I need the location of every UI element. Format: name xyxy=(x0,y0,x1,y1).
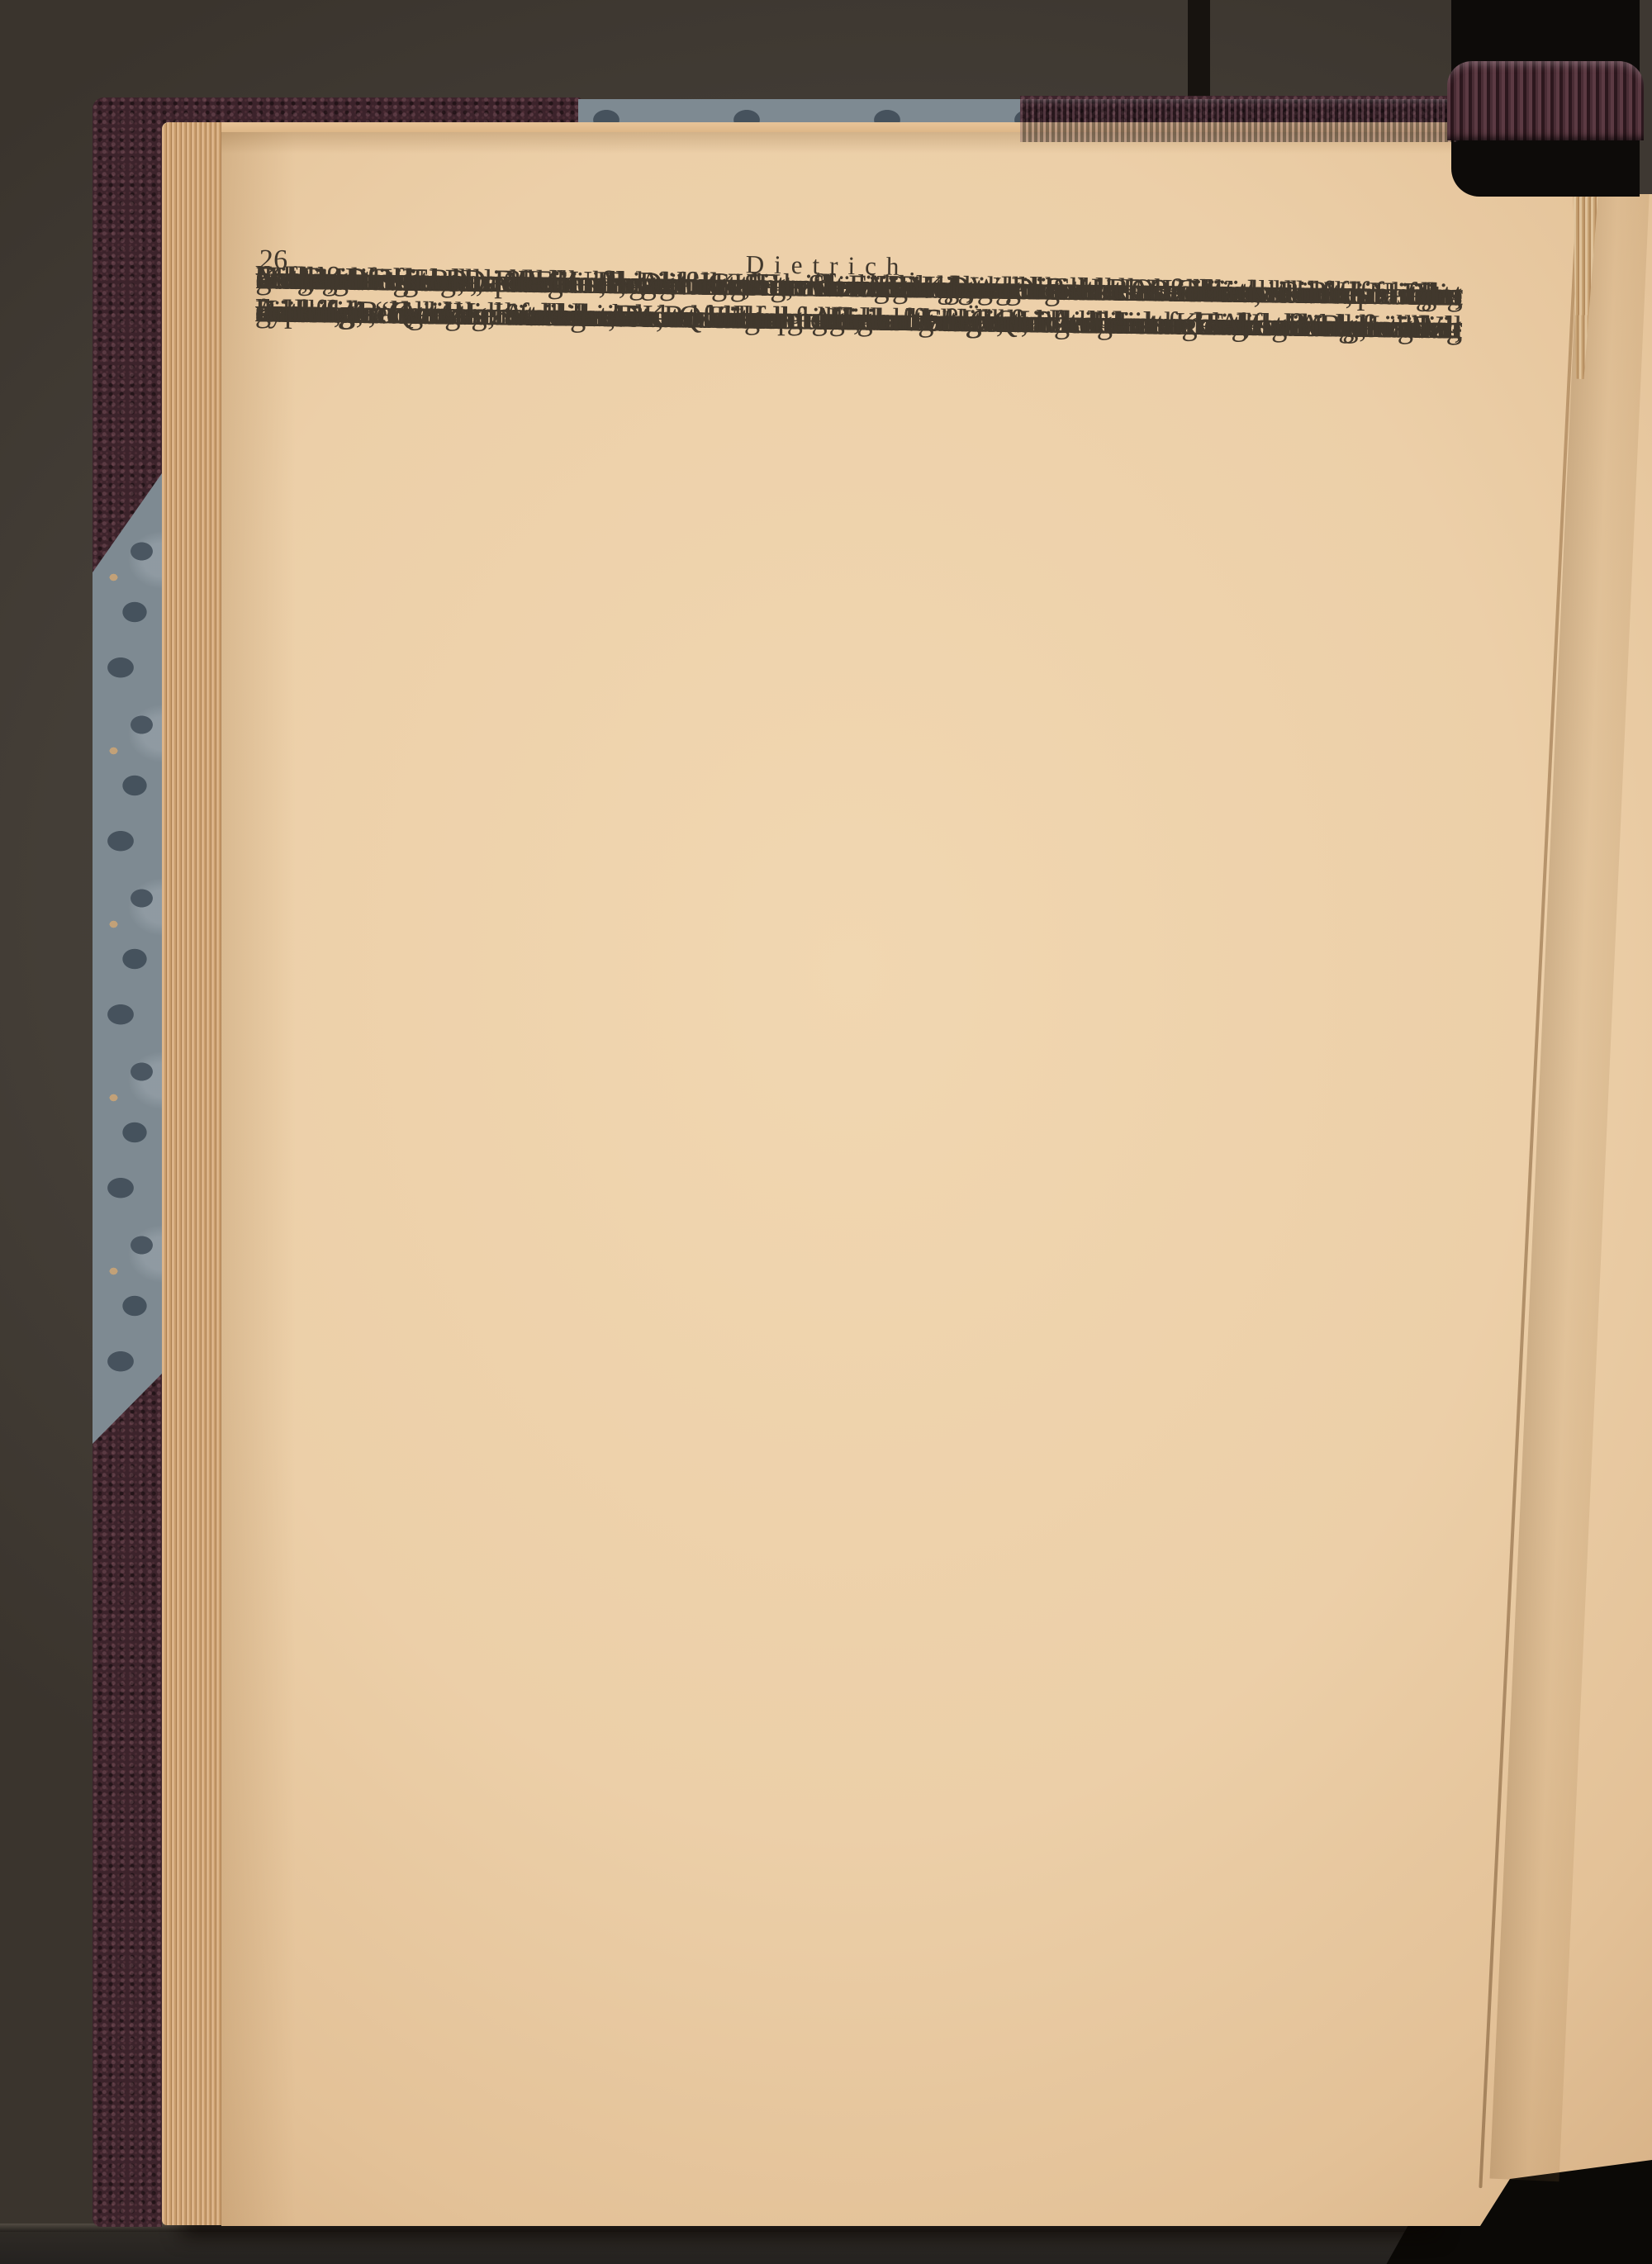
gutter-shade xyxy=(221,132,296,2226)
book-page xyxy=(221,132,1652,2226)
scanned-book-photo: 26 Dietrich. fassung, die Aachener Quell… xyxy=(0,0,1652,2264)
spine-headband xyxy=(1447,61,1644,140)
backdrop-slit-shadow xyxy=(1188,0,1210,101)
page-edge-stack xyxy=(162,122,221,2225)
spine-rib-texture xyxy=(1020,99,1458,142)
left-cover-strip xyxy=(93,97,162,2227)
left-cover-marbled-endpaper xyxy=(93,473,162,1444)
